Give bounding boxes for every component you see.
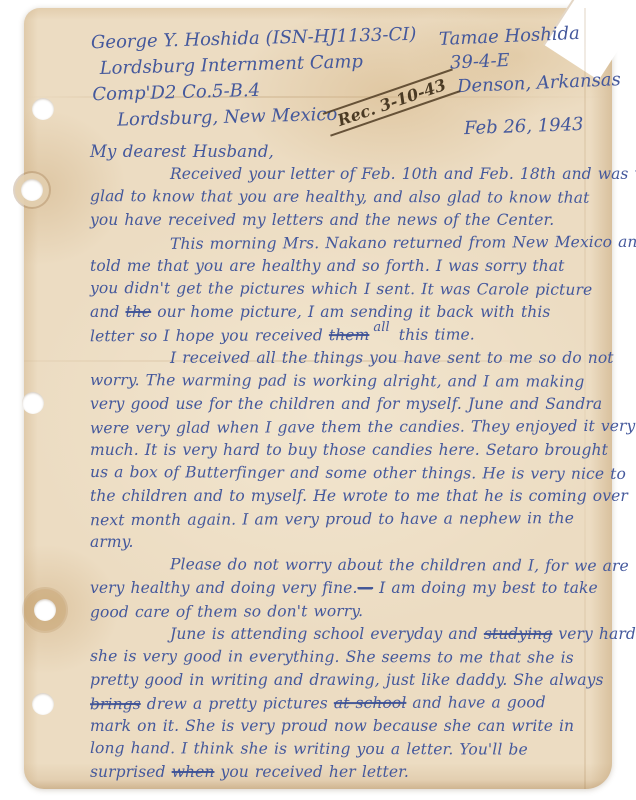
struck-word: the <box>125 303 151 321</box>
letter-line: June is attending school everyday and st… <box>90 623 636 646</box>
text-segment: the children and to myself. He wrote to … <box>90 487 628 505</box>
text-segment: letter so I hope you received <box>90 326 329 345</box>
struck-word: — <box>358 579 374 597</box>
letter-line: you didn't get the pictures which I sent… <box>90 277 636 302</box>
letter-line: surprised when you received her letter. <box>90 761 636 784</box>
punch-hole-stained <box>34 599 56 621</box>
text-segment: I received all the things you have sent … <box>170 349 614 367</box>
letter-line: were very glad when I gave them the cand… <box>90 415 636 440</box>
letter-date: Feb 26, 1943 <box>464 114 584 139</box>
letter-line: Received your letter of Feb. 10th and Fe… <box>90 163 636 186</box>
letter-line: and the our home picture, I am sending i… <box>90 301 636 324</box>
text-segment: she is very good in everything. She seem… <box>90 647 574 667</box>
punch-hole <box>32 693 54 715</box>
inserted-word: all <box>373 316 389 339</box>
text-segment: you received her letter. <box>214 763 408 781</box>
letter-line: letter so I hope you received themall th… <box>90 323 636 348</box>
text-segment: very good use for the children and for m… <box>90 395 602 413</box>
text-segment: and <box>90 303 125 321</box>
text-segment: Received your letter of Feb. 10th and Fe… <box>170 165 636 183</box>
letter-line: next month again. I am very proud to hav… <box>90 507 636 532</box>
struck-word: studying <box>484 625 553 643</box>
text-segment: Please do not worry about the children a… <box>170 555 629 575</box>
letter-lines: Received your letter of Feb. 10th and Fe… <box>90 163 636 784</box>
letter-paper: George Y. Hoshida (ISN-HJ1133-CI)Lordsbu… <box>24 8 612 789</box>
letter-body: My dearest Husband, Received your letter… <box>90 140 636 784</box>
text-segment: and have a good <box>406 693 545 712</box>
letter-line: us a box of Butterfinger and some other … <box>90 461 636 486</box>
letter-line: brings drew a pretty pictures at school … <box>90 691 636 716</box>
letter-line: told me that you are healthy and so fort… <box>90 255 636 278</box>
struck-word: them <box>329 326 370 344</box>
text-segment: long hand. I think she is writing you a … <box>90 739 528 759</box>
sender-address-block: Tamae Hoshida39-4-EDenson, Arkansas <box>439 20 622 100</box>
punch-hole <box>22 392 44 414</box>
text-segment: this time. <box>393 326 475 344</box>
text-segment: glad to know that you are healthy, and a… <box>90 187 590 207</box>
salutation: My dearest Husband, <box>90 140 636 163</box>
letter-line: very healthy and doing very fine.— I am … <box>90 577 636 600</box>
text-segment: mark on it. She is very proud now becaus… <box>90 717 574 735</box>
letter-line: This morning Mrs. Nakano returned from N… <box>90 231 636 256</box>
letter-line: Please do not worry about the children a… <box>90 553 636 578</box>
text-segment: were very glad when I gave them the cand… <box>90 417 635 437</box>
text-segment: drew a pretty pictures <box>141 694 334 713</box>
letter-line: mark on it. She is very proud now becaus… <box>90 715 636 738</box>
letter-line: long hand. I think she is writing you a … <box>90 737 636 762</box>
text-segment: army. <box>90 533 133 551</box>
text-segment: pretty good in writing and drawing, just… <box>90 671 604 689</box>
letter-photo: George Y. Hoshida (ISN-HJ1133-CI)Lordsbu… <box>0 0 636 800</box>
struck-word: when <box>172 763 215 781</box>
letter-line: glad to know that you are healthy, and a… <box>90 185 636 210</box>
letter-line: very good use for the children and for m… <box>90 393 636 416</box>
punch-hole <box>32 98 54 120</box>
text-segment: worry. The warming pad is working alrigh… <box>90 371 584 391</box>
text-segment: next month again. I am very proud to hav… <box>90 509 574 529</box>
struck-word: brings <box>90 695 141 713</box>
letter-line: good care of them so don't worry. <box>90 599 636 624</box>
text-segment: I am doing my best to take <box>373 579 598 597</box>
text-segment: very healthy and doing very fine. <box>90 579 358 597</box>
text-segment: you didn't get the pictures which I sent… <box>90 279 592 299</box>
text-segment: our home picture, I am sending it back w… <box>151 303 550 321</box>
text-segment: surprised <box>90 763 172 781</box>
letter-line: you have received my letters and the new… <box>90 209 636 232</box>
punch-hole-torn <box>21 179 43 201</box>
text-segment: us a box of Butterfinger and some other … <box>90 463 626 483</box>
letter-line: worry. The warming pad is working alrigh… <box>90 369 636 394</box>
text-segment: June is attending school everyday and <box>170 625 484 643</box>
struck-word: at school <box>334 694 407 712</box>
text-segment: much. It is very hard to buy those candi… <box>90 441 608 459</box>
letter-line: I received all the things you have sent … <box>90 347 636 370</box>
letter-line: pretty good in writing and drawing, just… <box>90 669 636 692</box>
text-segment: good care of them so don't worry. <box>90 602 363 621</box>
letter-line: army. <box>90 531 636 554</box>
text-segment: This morning Mrs. Nakano returned from N… <box>170 233 636 253</box>
text-segment: told me that you are healthy and so fort… <box>90 257 564 275</box>
letter-line: much. It is very hard to buy those candi… <box>90 439 636 462</box>
text-segment: you have received my letters and the new… <box>90 211 554 229</box>
text-segment: very hard. <box>552 625 636 643</box>
letter-line: the children and to myself. He wrote to … <box>90 485 636 508</box>
letter-line: she is very good in everything. She seem… <box>90 645 636 670</box>
